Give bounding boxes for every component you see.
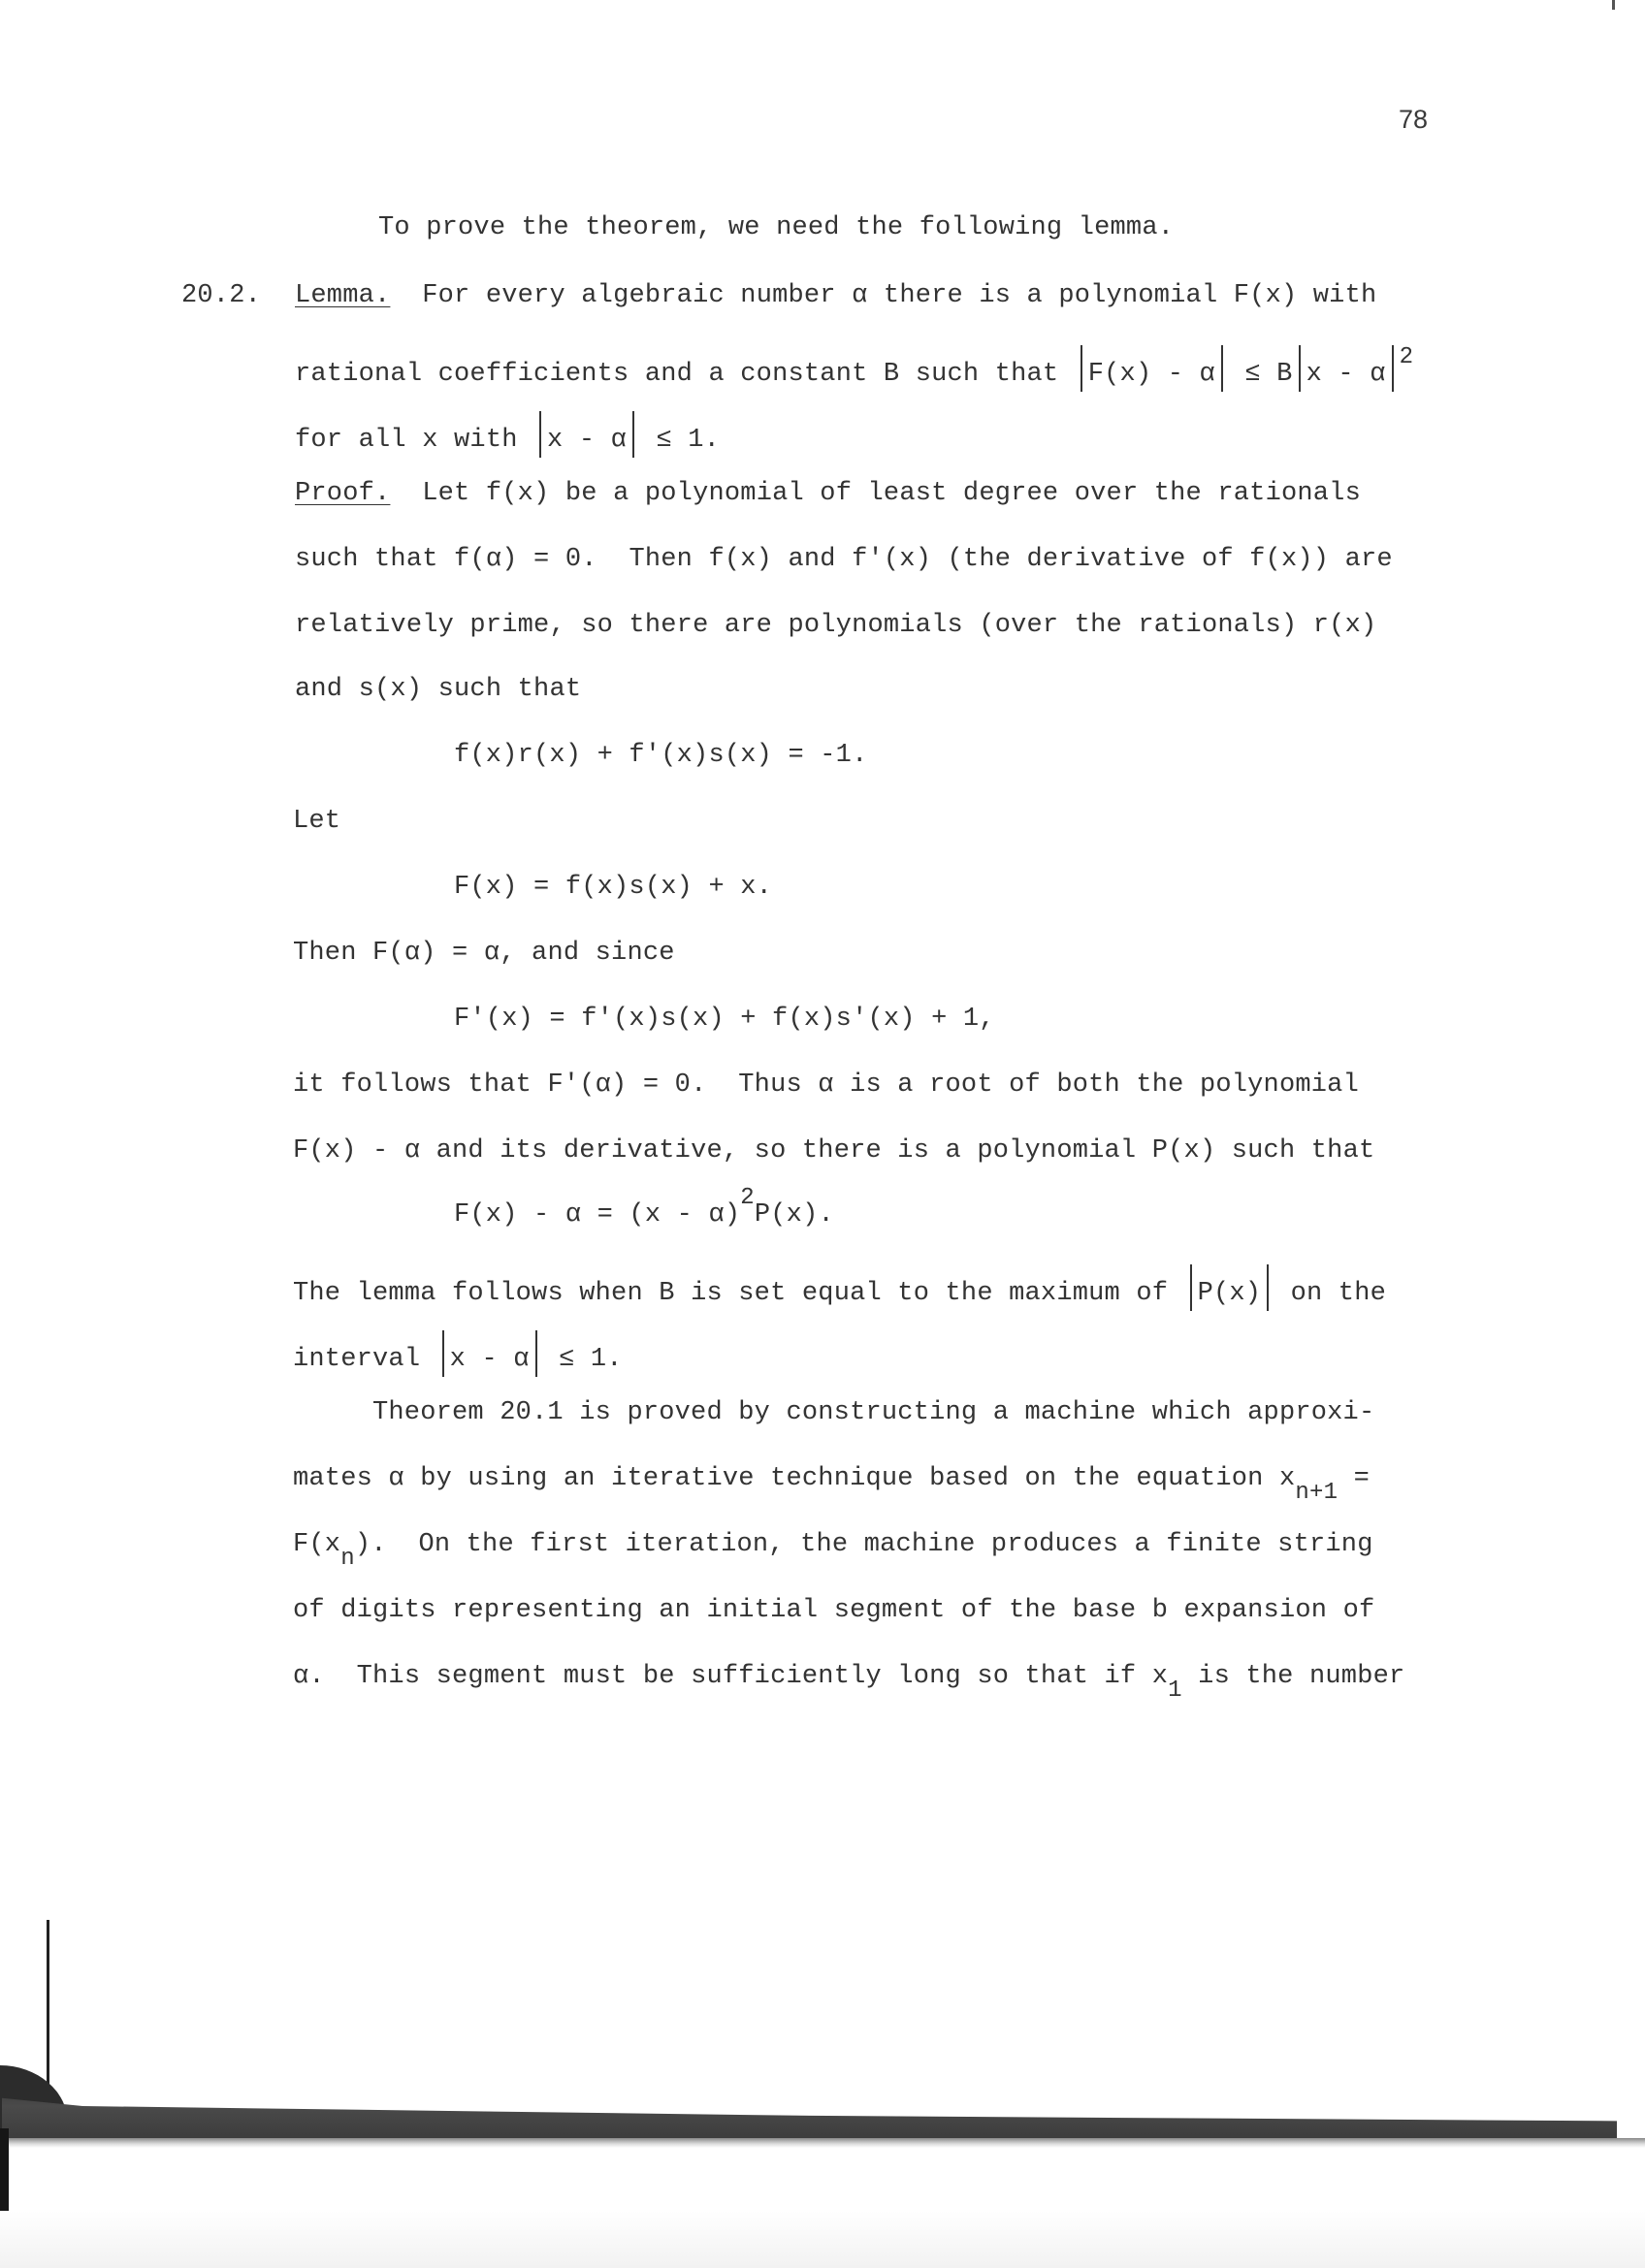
theorem-line-3: F(xn). On the first iteration, the machi… xyxy=(293,1528,1373,1562)
conclusion-text: The lemma follows when B is set equal to… xyxy=(293,1279,1168,1308)
abs-bar xyxy=(535,1330,537,1377)
abs-bar xyxy=(442,1330,444,1377)
inequality: ≤ 1. xyxy=(559,1345,623,1374)
abs-bar xyxy=(1081,345,1082,392)
proof-line-4: and s(x) such that xyxy=(295,673,581,706)
abs-bar xyxy=(1190,1264,1192,1311)
page-edge-shadow xyxy=(0,2138,1645,2148)
proof-text: Let f(x) be a polynomial of least degree… xyxy=(422,479,1361,508)
theorem-line-2: mates α by using an iterative technique … xyxy=(293,1462,1370,1496)
theorem-line-5: α. This segment must be sufficiently lon… xyxy=(293,1660,1404,1694)
lemma-statement-3: for all x with xyxy=(295,426,518,455)
proof-line-3: relatively prime, so there are polynomia… xyxy=(295,609,1376,642)
abs-expression: F(x) - α xyxy=(1088,360,1215,389)
lemma-line-2: rational coefficients and a constant B s… xyxy=(295,345,1413,392)
proof-line-1: Proof. Let f(x) be a polynomial of least… xyxy=(295,477,1361,510)
theorem-text: mates α by using an iterative technique … xyxy=(293,1464,1295,1493)
equation-1: f(x)r(x) + f'(x)s(x) = -1. xyxy=(454,739,867,772)
abs-expression: x - α xyxy=(547,426,627,455)
then-text: Then F(α) = α, and since xyxy=(293,937,675,970)
conclusion-text: on the xyxy=(1291,1279,1386,1308)
exponent: 2 xyxy=(1400,344,1414,370)
theorem-text: F(x xyxy=(293,1530,340,1559)
abs-expression: P(x) xyxy=(1198,1279,1262,1308)
abs-bar xyxy=(1299,345,1301,392)
subscript: 1 xyxy=(1168,1677,1182,1704)
lemma-label: Lemma. xyxy=(295,281,390,310)
exponent: 2 xyxy=(740,1185,755,1211)
page-spine-edge xyxy=(47,1920,49,2090)
equation-4-left: F(x) - α = (x - α) xyxy=(454,1200,740,1230)
page-bottom-shadow-band xyxy=(2,2085,1617,2138)
abs-bar xyxy=(1392,345,1394,392)
abs-bar xyxy=(1221,345,1223,392)
let-text: Let xyxy=(293,805,340,838)
conclusion-line-1: The lemma follows when B is set equal to… xyxy=(293,1264,1386,1311)
inequality: ≤ 1. xyxy=(656,426,720,455)
abs-expression: x - α xyxy=(450,1345,530,1374)
theorem-text: ). On the first iteration, the machine p… xyxy=(355,1530,1373,1559)
follows-line-1: it follows that F'(α) = 0. Thus α is a r… xyxy=(293,1069,1359,1102)
equation-3: F'(x) = f'(x)s(x) + f(x)s'(x) + 1, xyxy=(454,1003,995,1036)
abs-bar xyxy=(539,411,541,458)
theorem-text: α. This segment must be sufficiently lon… xyxy=(293,1662,1168,1691)
subscript: n+1 xyxy=(1295,1480,1338,1506)
equation-4-right: P(x). xyxy=(755,1200,834,1230)
abs-bar xyxy=(632,411,634,458)
intro-sentence: To prove the theorem, we need the follow… xyxy=(378,211,1174,244)
lemma-statement-1: For every algebraic number α there is a … xyxy=(422,281,1376,310)
scan-artifact-mark xyxy=(1612,0,1615,10)
proof-label: Proof. xyxy=(295,479,390,508)
lemma-statement-2: rational coefficients and a constant B s… xyxy=(295,360,1058,389)
scanner-bed-fade xyxy=(0,2211,1645,2268)
lemma-number: 20.2. xyxy=(181,279,261,312)
equation-4: F(x) - α = (x - α)2P(x). xyxy=(454,1198,834,1232)
theorem-text: = xyxy=(1338,1464,1370,1493)
inequality: ≤ B xyxy=(1244,360,1292,389)
theorem-line-1: Theorem 20.1 is proved by constructing a… xyxy=(372,1396,1374,1429)
conclusion-text: interval xyxy=(293,1345,420,1374)
proof-line-2: such that f(α) = 0. Then f(x) and f'(x) … xyxy=(295,543,1393,576)
theorem-line-4: of digits representing an initial segmen… xyxy=(293,1594,1374,1627)
abs-expression: x - α xyxy=(1306,360,1386,389)
scanned-page: 78 To prove the theorem, we need the fol… xyxy=(0,0,1645,2268)
abs-bar xyxy=(1267,1264,1269,1311)
lemma-line-1: Lemma. For every algebraic number α ther… xyxy=(295,279,1376,312)
subscript: n xyxy=(340,1546,355,1572)
follows-line-2: F(x) - α and its derivative, so there is… xyxy=(293,1134,1374,1167)
page-number: 78 xyxy=(1399,105,1428,135)
lemma-line-3: for all x with x - α ≤ 1. xyxy=(295,411,720,458)
conclusion-line-2: interval x - α ≤ 1. xyxy=(293,1330,623,1377)
equation-2: F(x) = f(x)s(x) + x. xyxy=(454,871,772,904)
theorem-text: is the number xyxy=(1182,1662,1405,1691)
